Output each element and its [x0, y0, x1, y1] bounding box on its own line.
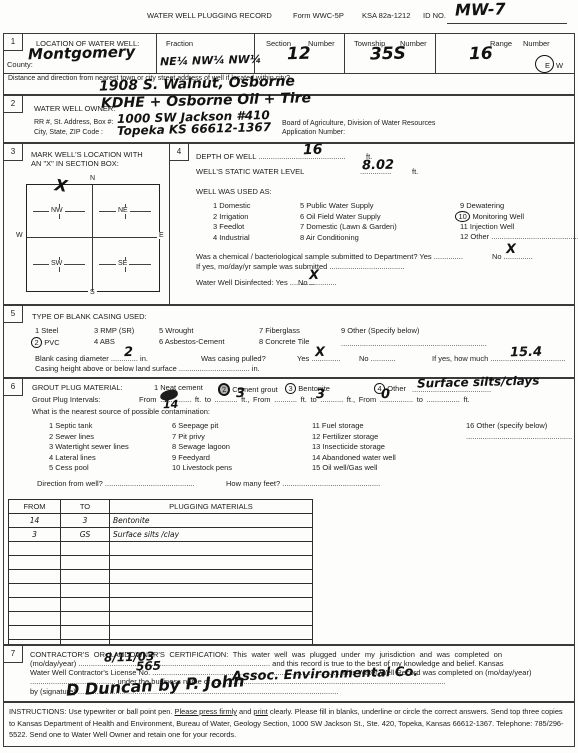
license-number-handwritten: 565	[136, 659, 161, 674]
contam-insecticide-storage: 13 Insecticide storage	[312, 442, 396, 453]
how-much-label: If yes, how much .......................…	[432, 354, 565, 363]
contamination-column-2: 6 Seepage pit 7 Pit privy 8 Sewage lagoo…	[172, 421, 232, 474]
contam-watertight-sewer: 3 Watertight sewer lines	[49, 442, 129, 453]
s1-divider-3	[344, 34, 345, 73]
instructions-part1: INSTRUCTIONS: Use typewriter or ball poi…	[9, 707, 175, 716]
pvc-label: PVC	[44, 338, 59, 347]
well-used-as-label: WELL WAS USED AS:	[196, 187, 272, 196]
how-much-value-handwritten: 15.4	[510, 345, 542, 361]
col-materials-header: PLUGGING MATERIALS	[110, 500, 313, 514]
contam-other-dots: ........................................…	[466, 432, 572, 441]
table-header-row: FROM TO PLUGGING MATERIALS	[9, 500, 313, 514]
compass-e-label: E	[157, 232, 166, 239]
casing-pulled-no-label: No ............	[359, 354, 396, 363]
chemical-sample-no-x-mark: X	[506, 242, 516, 257]
use-domestic-lawn: 7 Domestic (Lawn & Garden)	[300, 222, 397, 233]
section1-number: 1	[4, 34, 23, 51]
section4-well-info-box: 4 DEPTH OF WELL ........................…	[170, 143, 575, 305]
range-label: Range	[490, 39, 512, 48]
contam-sewer-lines: 2 Sewer lines	[49, 432, 129, 443]
address-label: RR #, St. Address, Box #:	[34, 119, 113, 126]
well-location-x-mark: X	[54, 175, 69, 196]
instructions-text: INSTRUCTIONS: Use typewriter or ball poi…	[9, 706, 570, 741]
grout-other-value-handwritten: Surface silts/clays	[417, 373, 540, 390]
section2-number: 2	[4, 96, 23, 113]
use-irrigation: 2 Irrigation	[213, 212, 251, 223]
grid-center-hline	[27, 237, 157, 238]
section1-location-box: 1 LOCATION OF WATER WELL: Fraction Secti…	[3, 33, 575, 95]
section3-number: 3	[4, 144, 23, 161]
quadrant-sw-label: SW	[49, 260, 64, 267]
plugging-materials-table: FROM TO PLUGGING MATERIALS 14 3 Bentonit…	[8, 499, 313, 654]
contam-fuel-storage: 11 Fuel storage	[312, 421, 396, 432]
table-row-empty	[9, 584, 313, 598]
contam-abandoned-well: 14 Abandoned water well	[312, 453, 396, 464]
section-grid: N S W E NW NE SW SE X	[26, 184, 160, 292]
chemical-sample-question: Was a chemical / bacteriological sample …	[196, 252, 463, 261]
id-no-label: ID NO.	[423, 11, 446, 20]
county-value-handwritten: Montgomery	[28, 43, 136, 64]
use-feedlot: 3 Feedlot	[213, 222, 251, 233]
section3-title-line2: AN "X" IN SECTION BOX:	[31, 159, 119, 168]
row1-from: 14	[9, 514, 61, 528]
application-number-label: Application Number:	[282, 129, 345, 136]
quadrant-ne-label: NE	[116, 207, 130, 214]
certification-line1: CONTRACTOR'S OR LANDOWNER'S CERTIFICATIO…	[30, 650, 502, 659]
s1-divider-4	[435, 34, 436, 73]
table-row-empty	[9, 570, 313, 584]
row1-to: 3	[61, 514, 110, 528]
quadrant-nw-label: NW	[49, 207, 65, 214]
contam-livestock-pens: 10 Livestock pens	[172, 463, 232, 474]
monitoring-well-circled-number: 10	[455, 211, 470, 222]
water-well-plugging-record-form: WATER WELL PLUGGING RECORD Form WWC-5P K…	[0, 0, 578, 753]
board-of-agriculture-label: Board of Agriculture, Division of Water …	[282, 120, 435, 127]
disinfected-no-x-mark: X	[309, 268, 319, 283]
contam-septic-tank: 1 Septic tank	[49, 421, 129, 432]
fraction-label: Fraction	[166, 39, 193, 48]
instructions-underline1: Please press firmly	[175, 707, 237, 716]
interval2-to-handwritten: 0	[381, 387, 390, 402]
casing-rmp: 3 RMP (SR)	[94, 326, 134, 335]
city-value-handwritten: Topeka KS 66612-1367	[117, 120, 271, 138]
interval2-from-handwritten: 3	[316, 387, 325, 402]
row2-to: GS	[61, 528, 110, 542]
casing-asbestos: 6 Asbestos-Cement	[159, 337, 224, 346]
section3-title-line1: MARK WELL'S LOCATION WITH	[31, 150, 143, 159]
use-injection-well: 11 Injection Well	[460, 222, 514, 231]
east-circle-mark	[535, 55, 554, 73]
contam-pit-privy: 7 Pit privy	[172, 432, 232, 443]
contam-oil-gas-well: 15 Oil well/Gas well	[312, 463, 396, 474]
casing-diameter-value-handwritten: 2	[124, 345, 133, 360]
table-row-empty	[9, 598, 313, 612]
static-level-label: WELL'S STATIC WATER LEVEL	[196, 167, 304, 176]
city-label: City, State, ZIP Code :	[34, 129, 103, 136]
fraction-value-handwritten: NE¼ NW¼ NW¼	[160, 53, 262, 69]
grout-neat-cement: 1 Neat cement	[154, 383, 203, 392]
how-many-feet-label: How many feet? .........................…	[226, 479, 380, 488]
contam-lateral-lines: 4 Lateral lines	[49, 453, 129, 464]
pvc-circled-number: 2	[31, 337, 42, 348]
contamination-column-1: 1 Septic tank 2 Sewer lines 3 Watertight…	[49, 421, 129, 474]
compass-n-label: N	[88, 175, 97, 182]
use-other: 12 Other ...............................…	[460, 232, 578, 241]
form-number: Form WWC-5P	[293, 11, 344, 20]
contam-seepage-pit: 6 Seepage pit	[172, 421, 232, 432]
section6-grout-box: 6 GROUT PLUG MATERIAL: 1 Neat cement 2 C…	[3, 378, 575, 645]
id-no-handwritten: MW-7	[455, 0, 506, 20]
township-value-handwritten: 35S	[370, 44, 406, 65]
section5-casing-box: 5 TYPE OF BLANK CASING USED: 1 Steel 3 R…	[3, 305, 575, 378]
casing-wrought: 5 Wrought	[159, 326, 193, 335]
contam-cess-pool: 5 Cess pool	[49, 463, 129, 474]
range-number-label: Number	[523, 39, 550, 48]
row2-from: 3	[9, 528, 61, 542]
intervals-label: Grout Plug Intervals:	[32, 395, 100, 404]
col-from-header: FROM	[9, 500, 61, 514]
use-air-conditioning: 8 Air Conditioning	[300, 233, 397, 244]
ksa-number: KSA 82a-1212	[362, 11, 410, 20]
col-to-header: TO	[61, 500, 110, 514]
section-number-label: Number	[308, 39, 335, 48]
row2-material: Surface silts /clay	[110, 528, 313, 542]
interval1-to-handwritten: 3	[236, 386, 245, 401]
section2-owner-box: 2 WATER WELL OWNER: KDHE + Osborne Oil +…	[3, 95, 575, 143]
casing-pulled-yes-x-mark: X	[315, 345, 325, 360]
instructions-part2: and	[237, 707, 253, 716]
table-row-empty	[9, 542, 313, 556]
casing-abs: 4 ABS	[94, 337, 115, 346]
use-public-water: 5 Public Water Supply	[300, 201, 397, 212]
section6-title: GROUT PLUG MATERIAL:	[32, 383, 123, 392]
certification-line2: (mo/day/year) ..........................…	[30, 659, 504, 668]
table-row-empty	[9, 556, 313, 570]
section5-number: 5	[4, 306, 23, 323]
casing-fiberglass: 7 Fiberglass	[259, 326, 300, 335]
table-row: 3 GS Surface silts /clay	[9, 528, 313, 542]
use-domestic: 1 Domestic	[213, 201, 251, 212]
direction-from-well-label: Direction from well? ...................…	[37, 479, 195, 488]
casing-steel: 1 Steel	[35, 326, 58, 335]
compass-w-label: W	[14, 232, 25, 239]
contamination-question: What is the nearest source of possible c…	[32, 407, 210, 416]
sample-date-line: If yes, mo/day/yr sample was submitted .…	[196, 262, 404, 271]
contam-feedyard: 9 Feedyard	[172, 453, 232, 464]
section7-number: 7	[4, 646, 23, 663]
section3-location-mark-box: 3 MARK WELL'S LOCATION WITH AN "X" IN SE…	[3, 143, 170, 305]
table-row-empty	[9, 612, 313, 626]
table-row: 14 3 Bentonite	[9, 514, 313, 528]
section4-number: 4	[170, 144, 189, 161]
id-no-underline	[447, 23, 567, 24]
grout-other-label: Other	[387, 384, 406, 393]
uses-column-2: 5 Public Water Supply 6 Oil Field Water …	[300, 201, 397, 243]
quadrant-se-label: SE	[116, 260, 129, 267]
contam-other: 16 Other (specify below)	[466, 421, 547, 430]
row1-material: Bentonite	[110, 514, 313, 528]
casing-pvc: 2 PVC	[31, 337, 60, 348]
casing-other-dots: ........................................…	[341, 339, 487, 348]
casing-pulled-label: Was casing pulled?	[201, 354, 266, 363]
casing-other: 9 Other (Specify below)	[341, 326, 419, 335]
use-dewatering: 9 Dewatering	[460, 201, 504, 210]
static-ft-label: ft.	[412, 167, 418, 176]
s1-divider-1	[156, 34, 157, 73]
monitoring-well-label: Monitoring Well	[472, 212, 524, 221]
contam-sewage-lagoon: 8 Sewage lagoon	[172, 442, 232, 453]
section7-certification-box: 7 CONTRACTOR'S OR LANDOWNER'S CERTIFICAT…	[3, 645, 575, 702]
bentonite-circled-number: 3	[285, 383, 296, 394]
form-title: WATER WELL PLUGGING RECORD	[147, 11, 272, 20]
instructions-box: INSTRUCTIONS: Use typewriter or ball poi…	[3, 702, 575, 747]
contamination-column-3: 11 Fuel storage 12 Fertilizer storage 13…	[312, 421, 396, 474]
range-west-label: W	[556, 61, 563, 70]
section6-number: 6	[4, 379, 23, 396]
range-value-handwritten: 16	[469, 44, 493, 65]
casing-concrete: 8 Concrete Tile	[259, 337, 309, 346]
use-oil-field: 6 Oil Field Water Supply	[300, 212, 397, 223]
instructions-underline2: print	[253, 707, 267, 716]
disinfected-question: Water Well Disinfected: Yes ............	[196, 278, 315, 287]
intervals-line: From ............... ft. to ........... …	[139, 395, 470, 404]
bentonite-label: Bentonite	[298, 384, 330, 393]
section5-title: TYPE OF BLANK CASING USED:	[32, 312, 147, 321]
depth-of-well-label: DEPTH OF WELL ..........................…	[196, 152, 346, 161]
grid-center-vline	[92, 185, 93, 291]
use-industrial: 4 Industrial	[213, 233, 251, 244]
use-monitoring-well: 10 Monitoring Well	[455, 211, 524, 222]
section-value-handwritten: 12	[287, 44, 311, 65]
casing-height-label: Casing height above or below land surfac…	[35, 364, 260, 373]
uses-column-1: 1 Domestic 2 Irrigation 3 Feedlot 4 Indu…	[213, 201, 251, 243]
depth-value-handwritten: 16	[303, 142, 323, 159]
table-row-empty	[9, 626, 313, 640]
static-level-value-handwritten: 8.02	[362, 158, 394, 174]
contam-fertilizer-storage: 12 Fertilizer storage	[312, 432, 396, 443]
